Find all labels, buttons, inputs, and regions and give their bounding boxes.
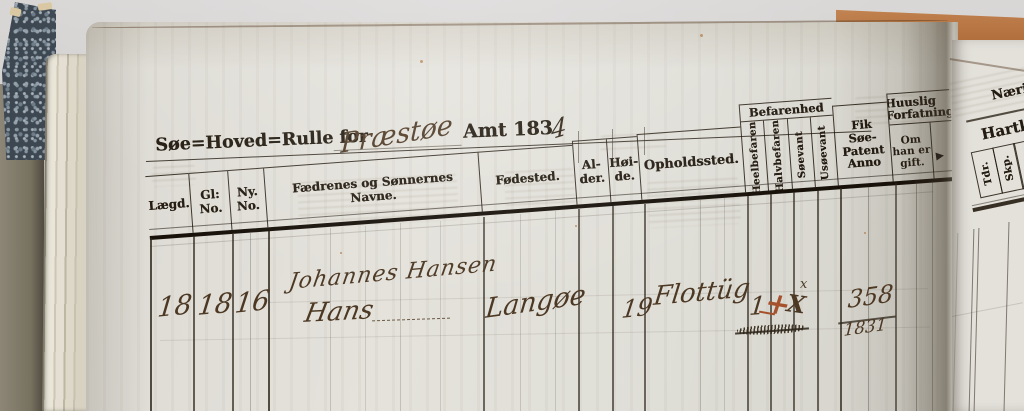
column-rule: [817, 190, 819, 411]
column-rule: [612, 206, 614, 411]
soevant-mark: X: [785, 288, 807, 319]
entry-ny-no: 16: [233, 285, 272, 320]
hartkorn-column-tdr-label: Tdr.: [979, 160, 995, 186]
stacked-page-edges: [42, 54, 92, 411]
entry-laegd: 18: [156, 289, 193, 324]
foxing-speck: [420, 60, 423, 63]
subcolumn-heelbefaren-label: Heelbefaren: [747, 121, 763, 192]
column-rule-faint: [400, 223, 401, 411]
column-rule-faint: [250, 233, 251, 411]
subcolumn-usoevant-label: Usøevant: [817, 125, 832, 180]
soevant-mark-small: x: [800, 277, 807, 292]
befarenhed-subcolumns: Heelbefaren Halvbefaren Søevant Usøevant: [741, 115, 838, 193]
foxing-speck: [575, 225, 577, 227]
gutter-fold-shadow: [900, 22, 958, 411]
column-rule: [232, 234, 234, 411]
fold-triangle-mark: [935, 151, 944, 160]
foxing-speck: [340, 252, 342, 254]
foxing-speck: [864, 232, 866, 234]
cover-wear-chip: [9, 7, 22, 17]
hartkorn-column-skp-label: Skp.: [1000, 154, 1016, 182]
befarenhed-group: Befarenhed Heelbefaren Halvbefaren Søeva…: [739, 98, 838, 193]
photographed-book-page: Søe=Hoved=Rulle for Præstøe Amt 183 4 Læ…: [0, 0, 1024, 411]
subcolumn-soevant-label: Søevant: [794, 131, 808, 179]
column-rule: [150, 238, 152, 411]
column-rule: [193, 236, 195, 411]
column-rule: [840, 188, 842, 411]
column-rule: [895, 183, 897, 411]
column-rule: [268, 231, 270, 411]
column-header-navne: Fædrenes og Sønnernes Navne.: [263, 152, 482, 228]
column-header-soepatent: Fik Søe- Patent Anno: [832, 102, 893, 186]
foxing-speck: [700, 34, 703, 37]
right-page-hartkorn-header: Hartkorn: [979, 110, 1024, 144]
entry-gl-no: 18: [196, 288, 234, 322]
entry-son-name: Hans: [302, 295, 376, 329]
entry-age: 19: [620, 292, 654, 324]
